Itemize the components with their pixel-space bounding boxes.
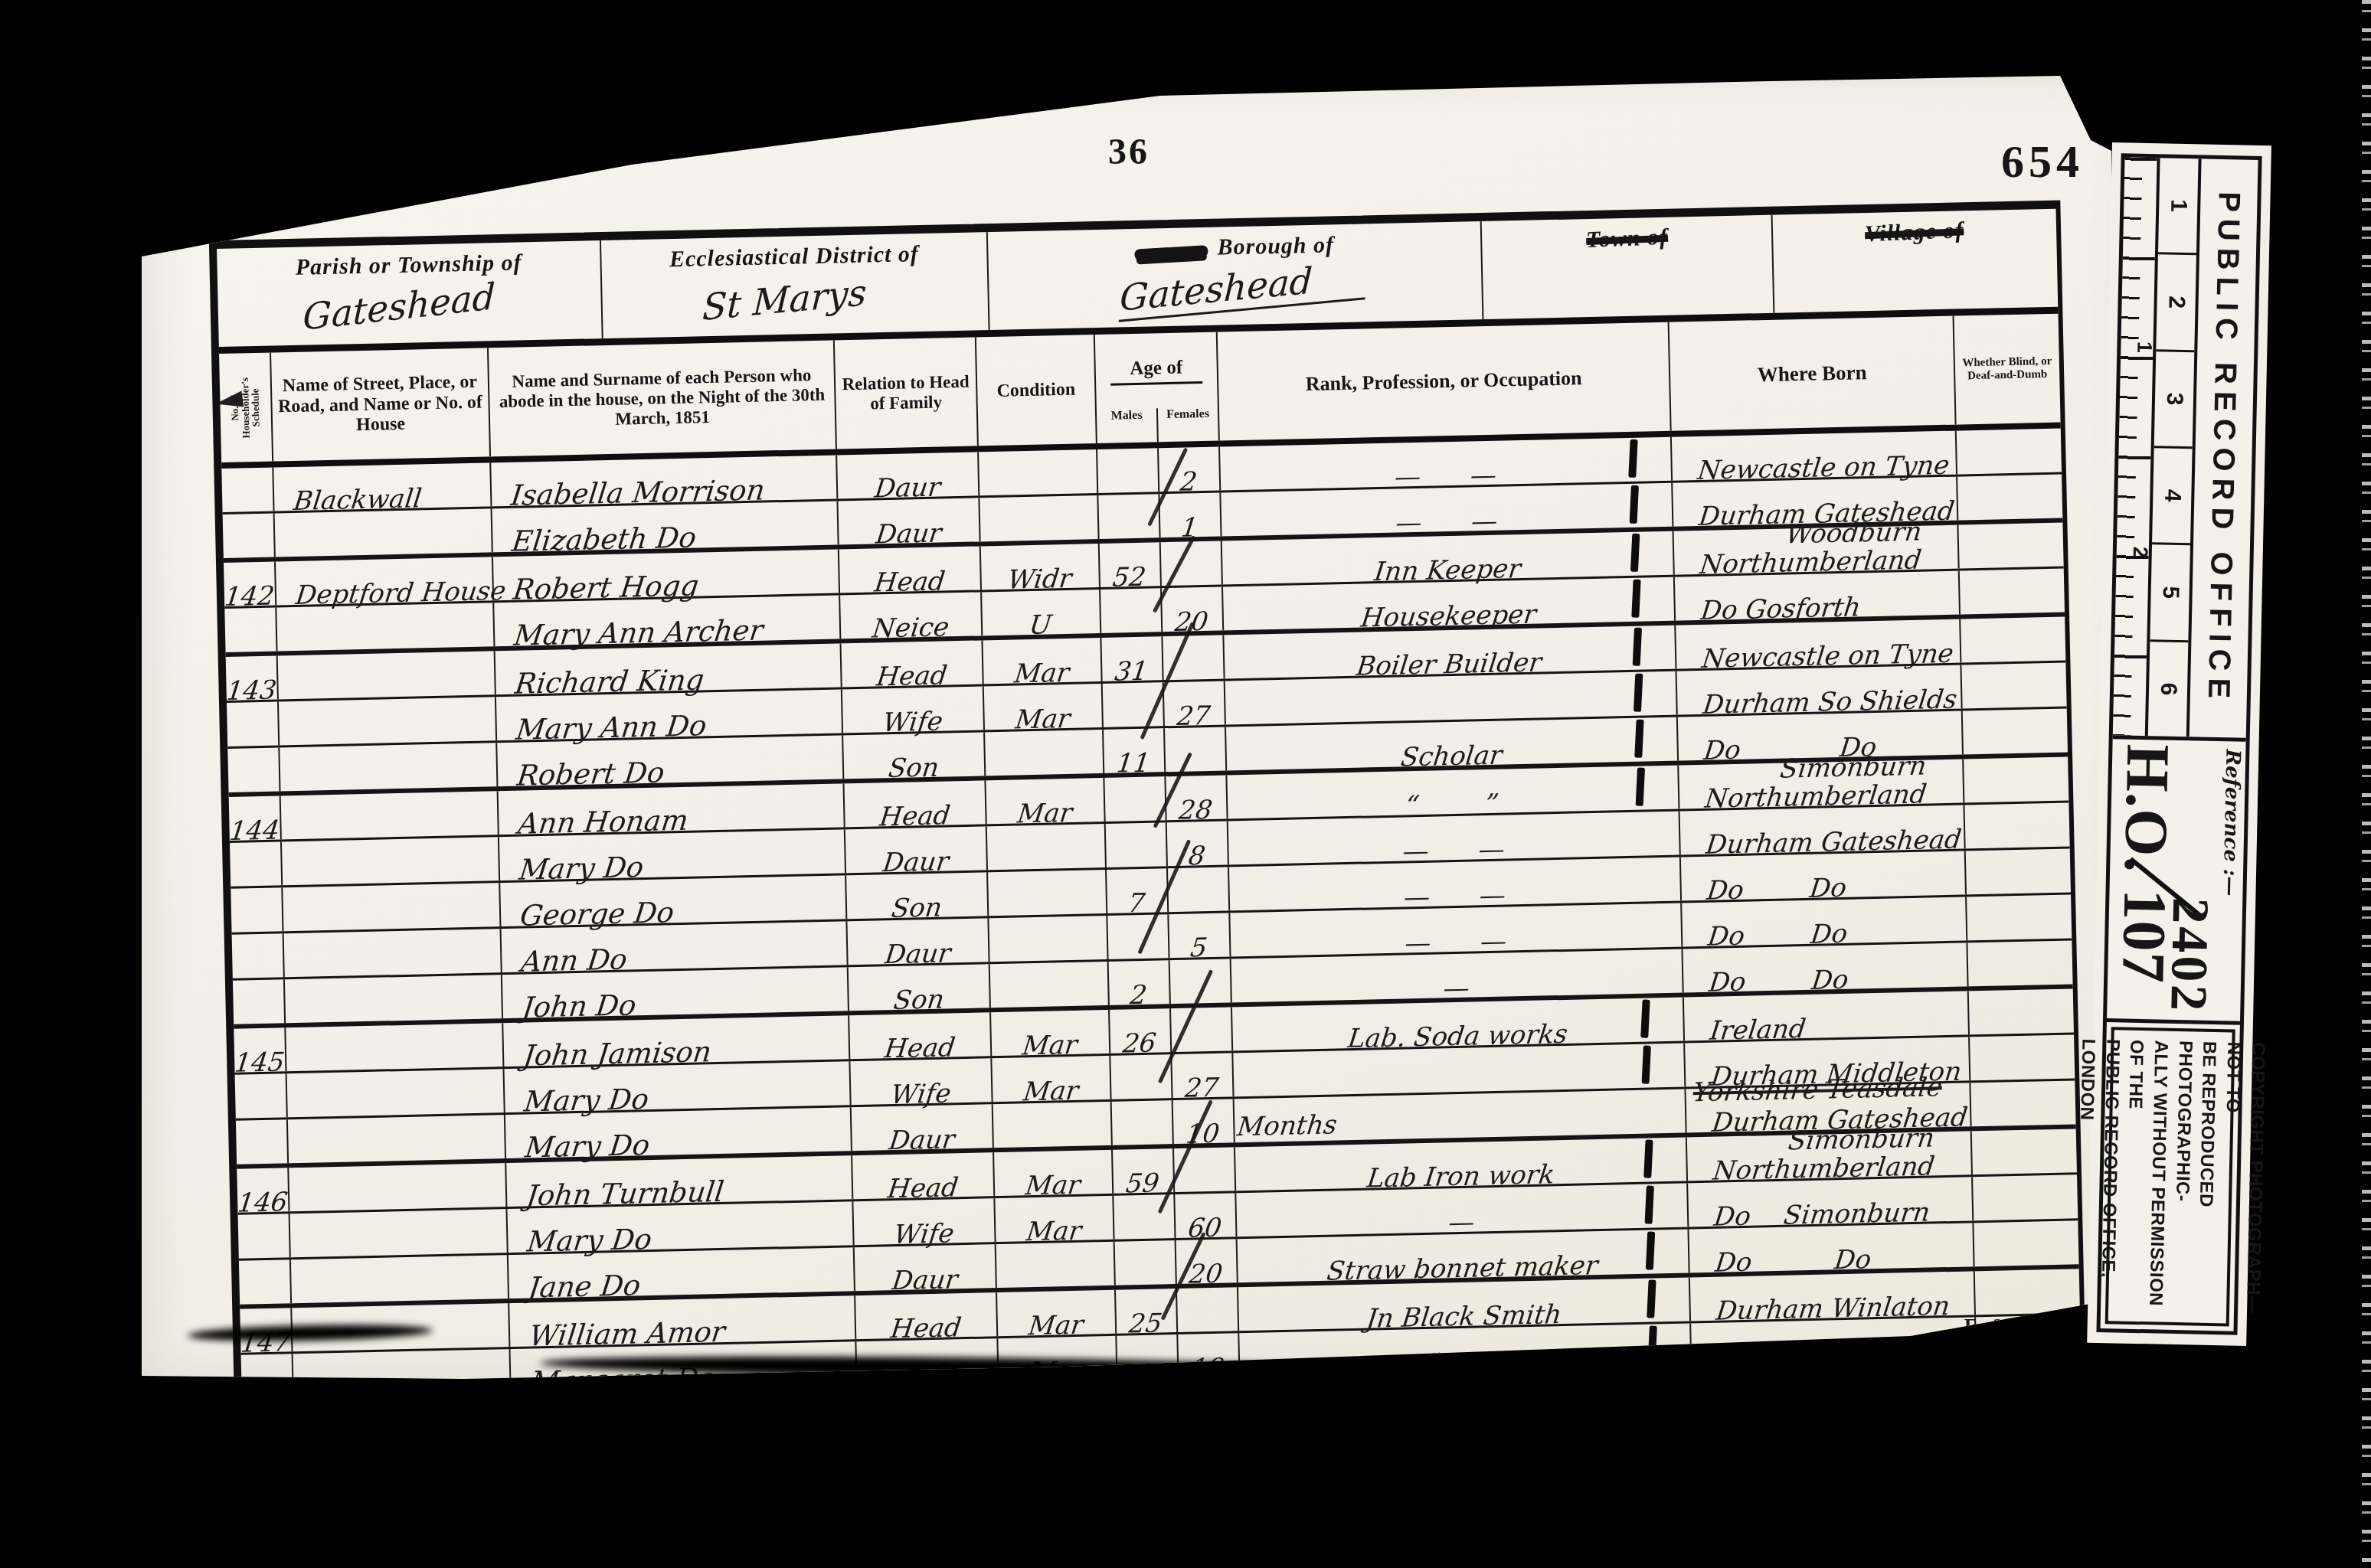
cell-occupation: Jn Black Smith <box>1238 1277 1691 1331</box>
cell-street: Blackwall <box>273 462 492 511</box>
cell-age-female: 27 <box>1164 681 1226 726</box>
census-rows: Blackwall Isabella Morrison Daur 2 — — N… <box>221 429 2081 1401</box>
cell-relation: Daur <box>847 918 989 965</box>
cell-street <box>287 1069 505 1117</box>
borough-field: Borough of Gateshead <box>988 221 1484 330</box>
cell-street <box>282 837 500 885</box>
cell-condition <box>979 495 1099 541</box>
cell-blind <box>1958 523 2063 569</box>
cell-age-male: 2 <box>1109 960 1171 1005</box>
cell-condition: U <box>982 590 1101 635</box>
cell-name: Elizabeth Do <box>492 501 839 552</box>
cell-condition <box>988 870 1107 916</box>
cell-name: Mary Do <box>505 1107 852 1158</box>
cell-age-male <box>1106 822 1168 867</box>
cell-occupation: — — <box>1229 857 1682 911</box>
cell-schedule <box>241 1354 294 1398</box>
cell-relation: Son <box>849 964 991 1011</box>
cell-blind <box>1963 709 2068 755</box>
film-edge-artifact <box>2362 0 2371 1568</box>
cell-relation: Neice <box>840 592 983 639</box>
building-label: B <box>396 1418 441 1449</box>
cell-age-female: 60 <box>1175 1193 1237 1238</box>
cell-name: Ann Honam <box>499 783 845 835</box>
folio-number: 654 <box>2001 136 2084 188</box>
cell-blind <box>1960 569 2065 615</box>
cell-blind <box>1974 1220 2078 1266</box>
cell-age-female: 20 <box>1176 1239 1238 1284</box>
cell-street <box>285 975 503 1023</box>
cell-schedule <box>236 1119 289 1164</box>
cell-age-female <box>1168 867 1230 912</box>
cell-name: Isabella Morrison <box>491 455 838 506</box>
cell-age-male <box>1115 1240 1177 1285</box>
cell-occupation: Boiler Builder <box>1224 626 1676 679</box>
district-field: Ecclesiastical District of St Marys <box>601 232 990 338</box>
cell-occupation: — <box>1231 949 1684 1003</box>
cell-schedule <box>230 841 283 886</box>
cell-condition: Mar <box>997 1290 1117 1336</box>
cell-street <box>284 929 502 977</box>
cell-street <box>276 603 495 651</box>
cell-schedule <box>235 1073 288 1118</box>
cell-born: NorthumberlandWoodburn <box>1674 525 1960 575</box>
cell-born: Durham Winlaton <box>1690 1271 1976 1321</box>
cell-born: Do Do <box>1683 942 1968 992</box>
cell-blind <box>1967 894 2072 940</box>
cell-occupation: “ ” <box>1239 1323 1692 1377</box>
cell-occupation: — — <box>1221 483 1673 537</box>
reference-piece: 2402 <box>2158 897 2221 1015</box>
cell-name: Mary Do <box>508 1201 855 1253</box>
cell-born: Do Do <box>1689 1223 1974 1272</box>
cell-schedule <box>227 747 280 792</box>
cell-schedule: 143 <box>226 655 279 700</box>
ink-tick-mark <box>1647 1279 1656 1318</box>
cell-schedule <box>227 701 280 746</box>
cell-relation: Daur <box>852 1104 994 1151</box>
cell-born: Newcastle on Tyne <box>1672 431 1957 481</box>
pro-reference: Reference :— H.O. 107 2402 <box>2107 739 2246 1025</box>
cell-name: Robert Hogg <box>493 549 840 600</box>
cell-condition <box>987 824 1107 870</box>
total-houses-label: Total of Houses <box>242 1403 295 1452</box>
cell-street <box>291 1255 509 1303</box>
col-blind: Whether Blind, or Deaf-and-Dumb <box>1954 314 2061 425</box>
cell-schedule <box>232 933 285 978</box>
cell-blind <box>1976 1315 2081 1361</box>
cell-street <box>293 1349 512 1397</box>
cell-schedule <box>224 607 277 652</box>
borough-label: Borough of <box>1217 232 1334 260</box>
ink-tick-mark <box>1630 485 1639 524</box>
cell-condition <box>990 962 1110 1008</box>
pro-reference-strip: PUBLIC RECORD OFFICE 1 2 3 4 5 6 1 2 <box>2087 142 2271 1346</box>
cell-occupation <box>1233 1043 1686 1096</box>
cell-schedule: 144 <box>229 795 282 840</box>
uninhabited-label: U <box>344 1419 391 1451</box>
cell-born: Do Simonburn <box>1688 1177 1974 1227</box>
ink-tick-mark <box>1633 628 1642 666</box>
cell-blind <box>1961 663 2066 709</box>
cell-street <box>290 1209 509 1257</box>
cell-street <box>288 1115 506 1163</box>
cell-condition <box>985 730 1104 776</box>
cell-age-female: 1 <box>1159 493 1221 538</box>
cell-age-male: 31 <box>1101 636 1163 681</box>
ink-tick-mark <box>1634 719 1643 757</box>
district-value: St Marys <box>701 272 868 329</box>
total-houses-value: 1 ∕ <box>304 1421 340 1452</box>
ink-tick-mark <box>1630 534 1640 572</box>
parish-field: Parish or Township of Gateshead <box>217 240 603 347</box>
cell-blind <box>1964 756 2068 802</box>
cell-relation: Daur <box>837 452 979 498</box>
col-condition: Condition <box>976 335 1097 446</box>
cell-occupation: — <box>1236 1183 1689 1236</box>
cell-blind <box>1969 988 2074 1034</box>
cell-blind <box>1957 429 2062 475</box>
cell-street <box>286 1023 504 1071</box>
cell-born: Durham MiddletonYorkshire Teasdale <box>1685 1037 1970 1086</box>
cell-blind <box>1967 940 2072 986</box>
col-street: Name of Street, Place, or Road, and Name… <box>271 348 491 461</box>
cell-age-female: 10 <box>1173 1099 1235 1144</box>
cell-occupation: — — <box>1230 903 1683 957</box>
cell-occupation: Scholar <box>1226 717 1679 771</box>
cell-condition: Mar <box>986 778 1105 824</box>
col-schedule: No. of Householder's Schedule <box>219 353 273 462</box>
cell-age-male: 11 <box>1104 728 1166 773</box>
cell-relation: Head <box>855 1292 998 1339</box>
cell-schedule: 145 <box>234 1027 286 1072</box>
cell-blind <box>1966 848 2071 894</box>
ink-tick-mark <box>1642 1045 1651 1083</box>
cell-name: William Amor <box>509 1295 856 1347</box>
cell-occupation: Straw bonnet maker <box>1238 1229 1690 1282</box>
cell-born: NorthumberlandSimonburn <box>1687 1131 1973 1181</box>
cell-street <box>283 883 501 931</box>
district-label: Ecclesiastical District of <box>669 241 920 272</box>
corner-mark: F 2 <box>1964 1315 2009 1338</box>
cell-blind <box>1975 1269 2080 1315</box>
cell-age-male: 59 <box>1113 1148 1175 1194</box>
page-number: 36 <box>1108 131 1150 173</box>
ink-tick-mark <box>1636 767 1645 805</box>
cell-blind <box>1970 1080 2075 1126</box>
cell-street <box>278 651 496 699</box>
census-form: Parish or Township of Gateshead Ecclesia… <box>209 201 2087 1462</box>
cell-age-male <box>1104 776 1166 822</box>
total-females: 12 <box>1179 1382 1241 1432</box>
cell-name: John Do <box>502 967 849 1018</box>
total-males: 8 <box>1118 1383 1180 1434</box>
cell-age-male: 26 <box>1110 1008 1172 1053</box>
cell-relation: Wife <box>850 1058 993 1105</box>
cell-relation: Head <box>844 780 986 827</box>
cell-born: NorthumberlandSimonburn <box>1679 759 1964 808</box>
cell-relation: Daur <box>855 1244 997 1291</box>
cell-condition: Mar <box>983 638 1102 684</box>
cell-name: Robert Do <box>497 735 844 786</box>
cell-born: Newcastle on Tyne <box>1676 619 1961 669</box>
ink-tick-mark <box>1643 1139 1653 1178</box>
col-relation: Relation to Head of Family <box>835 337 979 449</box>
col-age-males: Males <box>1097 408 1159 443</box>
parish-value: Gateshead <box>303 276 496 339</box>
cell-street <box>280 743 498 791</box>
cell-born: Do Do <box>1682 897 1967 946</box>
cell-street <box>289 1163 507 1211</box>
cell-occupation: Inn Keeper <box>1222 531 1675 585</box>
cell-relation: Son <box>843 732 986 779</box>
cell-schedule <box>238 1214 291 1258</box>
cell-condition: Mar <box>992 1056 1111 1102</box>
borough-value: Gateshead <box>1119 255 1367 322</box>
cell-street <box>279 697 497 745</box>
cell-name: George Do <box>500 875 847 926</box>
cell-age-male <box>1117 1334 1179 1380</box>
col-name: Name and Surname of each Person who abod… <box>489 340 837 456</box>
col-age: Age of Males Females <box>1095 332 1220 443</box>
cell-condition <box>989 916 1108 962</box>
cell-age-male <box>1112 1100 1174 1145</box>
cell-age-female <box>1171 1007 1233 1052</box>
total-persons-label: Total of Persons.... <box>858 1385 1119 1439</box>
village-label-struck: Village of <box>1865 217 1964 247</box>
cell-schedule <box>233 979 286 1024</box>
cell-name: Mary Do <box>499 829 846 880</box>
pro-ruler: PUBLIC RECORD OFFICE 1 2 3 4 5 6 1 2 <box>2113 157 2258 741</box>
cell-schedule <box>231 887 283 932</box>
col-age-females: Females <box>1158 407 1218 443</box>
cell-occupation: Months <box>1235 1089 1687 1142</box>
cell-relation: Wife <box>842 686 985 733</box>
cell-age-female: 19 <box>1178 1333 1240 1378</box>
cell-relation: Daur <box>845 826 988 873</box>
cell-name: Mary Ann Do <box>496 689 843 740</box>
cell-condition <box>979 449 1098 495</box>
cell-relation: Daur <box>838 498 980 544</box>
struck-word-blot <box>1134 245 1208 260</box>
cell-born: Durham So Shields <box>1677 665 1963 714</box>
col-occupation: Rank, Profession, or Occupation <box>1218 322 1672 441</box>
cell-blind <box>1964 802 2069 848</box>
cell-relation: Wife <box>853 1198 996 1245</box>
cell-age-female: 5 <box>1169 913 1231 958</box>
cell-occupation: Lab Iron work <box>1235 1137 1688 1191</box>
cell-condition: Mar <box>991 1010 1110 1056</box>
cell-blind <box>1973 1174 2078 1220</box>
cell-condition <box>993 1102 1113 1148</box>
pro-office-label: PUBLIC RECORD OFFICE <box>2186 158 2258 737</box>
cell-relation: Head <box>849 1012 992 1059</box>
cell-age-female <box>1174 1147 1236 1192</box>
scanned-census-photograph: 36 654 Parish or Township of Gateshead E… <box>0 0 2371 1568</box>
cell-occupation: — — <box>1228 812 1681 865</box>
cell-name: Ann Do <box>502 921 849 972</box>
cell-street <box>281 791 499 839</box>
cell-occupation: Lab. Soda works <box>1232 998 1685 1051</box>
census-sheet: 36 654 Parish or Township of Gateshead E… <box>142 65 2140 1386</box>
cell-condition: Mar <box>994 1150 1114 1196</box>
cell-schedule <box>239 1259 292 1304</box>
cell-age-male: 25 <box>1116 1289 1178 1334</box>
reference-label: Reference :— <box>2218 749 2244 897</box>
cell-blind <box>1957 475 2062 521</box>
cell-name: Mary Ann Archer <box>494 595 841 646</box>
cell-age-female: 8 <box>1167 821 1229 866</box>
cell-condition: Mar <box>984 684 1104 730</box>
ink-tick-mark <box>1648 1325 1657 1364</box>
cell-name: John Turnbull <box>506 1155 853 1207</box>
cell-relation: Head <box>839 546 982 593</box>
town-field: Town of <box>1482 215 1775 319</box>
copyright-panel: COPYRIGHT PHOTOGRAPH—NOT TO BE REPRODUCE… <box>2101 1022 2240 1331</box>
cell-blind <box>1970 1034 2075 1080</box>
cell-schedule <box>223 514 276 558</box>
cell-born: Do Gosforth <box>1675 571 1961 621</box>
town-label-struck: Town of <box>1585 224 1668 253</box>
cell-condition <box>996 1242 1116 1288</box>
cell-relation: Head <box>841 640 983 687</box>
cell-condition: Widr <box>981 544 1100 590</box>
cell-condition: Mar <box>995 1196 1114 1242</box>
cell-born: Ireland <box>1684 991 1970 1040</box>
ink-tick-mark <box>1631 580 1640 618</box>
cell-occupation: Housekeeper <box>1223 577 1676 631</box>
cell-name: Jane Do <box>509 1247 855 1298</box>
cell-blind <box>1972 1129 2077 1174</box>
cell-blind <box>1961 617 2065 663</box>
cell-relation: Son <box>846 872 989 919</box>
cell-schedule <box>221 468 274 512</box>
total-houses-values: 1 ∕ U B <box>294 1398 512 1452</box>
cell-age-male <box>1097 448 1159 493</box>
cell-occupation: — — <box>1220 437 1673 491</box>
cell-born: N. K ” <box>1691 1317 1977 1367</box>
cell-schedule: 142 <box>224 561 276 606</box>
cell-occupation: “ ” <box>1227 766 1679 819</box>
cell-born: Durham Gateshead <box>1680 805 1966 854</box>
cell-age-male: 52 <box>1100 542 1162 587</box>
cell-age-female <box>1165 727 1227 772</box>
cell-age-female: 27 <box>1172 1053 1234 1098</box>
cell-relation: Head <box>852 1152 995 1199</box>
cell-schedule: 146 <box>237 1168 289 1212</box>
ink-tick-mark <box>1640 999 1650 1037</box>
col-born: Where Born <box>1670 316 1957 431</box>
ink-tick-mark <box>1646 1231 1655 1269</box>
cell-street: Deptford House <box>276 557 494 605</box>
cell-name: Mary Do <box>505 1061 852 1112</box>
cell-age-female <box>1177 1287 1239 1332</box>
cell-born: Do Do <box>1681 851 1967 900</box>
ink-tick-mark <box>1645 1185 1654 1223</box>
village-field: Village of <box>1773 209 2059 313</box>
cell-name: John Jamison <box>503 1015 850 1067</box>
cell-street <box>275 508 493 557</box>
ink-tick-mark <box>1628 439 1637 478</box>
cell-name: Richard King <box>495 643 842 694</box>
ink-tick-mark <box>1634 674 1643 712</box>
cell-occupation <box>1225 671 1678 725</box>
